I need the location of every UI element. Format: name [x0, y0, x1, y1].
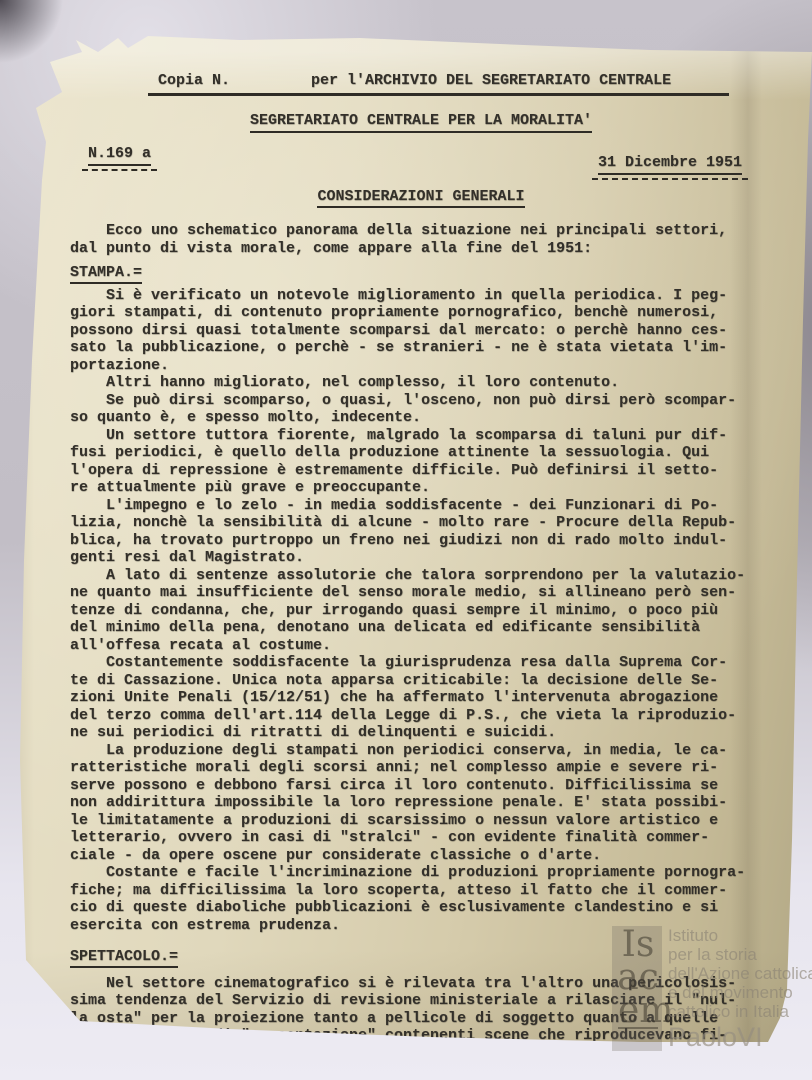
- document-number: N.169 a: [88, 145, 151, 166]
- body-paragraph: Nel settore cinematografico si è rilevat…: [70, 975, 772, 1045]
- body-paragraph: Costantemente soddisfacente la giurispru…: [70, 654, 772, 742]
- body-paragraph: A lato di sentenze assolutorie che talor…: [70, 567, 772, 655]
- photo-background: Copia N. per l'ARCHIVIO DEL SEGRETARIATO…: [0, 0, 812, 1080]
- document-date: 31 Dicembre 1951: [598, 154, 742, 175]
- document-page: Copia N. per l'ARCHIVIO DEL SEGRETARIATO…: [0, 0, 812, 1080]
- body-paragraph: Si è verificato un notevole migliorament…: [70, 287, 772, 375]
- body-paragraph: L'impegno e lo zelo - in media soddisfac…: [70, 497, 772, 567]
- organization-header: SEGRETARIATO CENTRALE PER LA MORALITA': [250, 112, 592, 134]
- intro-paragraph: Ecco uno schematico panorama della situa…: [70, 222, 772, 257]
- body-paragraph: La produzione degli stampati non periodi…: [70, 742, 772, 865]
- number-date-row: N.169 a 31 Dicembre 1951: [70, 145, 772, 166]
- body-paragraph: Altri hanno migliorato, nel complesso, i…: [70, 374, 772, 392]
- typewritten-text: Copia N. per l'ARCHIVIO DEL SEGRETARIATO…: [70, 72, 772, 1045]
- copy-header-line: Copia N. per l'ARCHIVIO DEL SEGRETARIATO…: [148, 72, 729, 96]
- page-title: CONSIDERAZIONI GENERALI: [317, 188, 524, 209]
- section-heading-stampa: STAMPA.=: [70, 264, 142, 284]
- section-heading-spettacolo: SPETTACOLO.=: [70, 948, 178, 968]
- body-paragraph: Costante e facile l'incriminazione di pr…: [70, 864, 772, 934]
- body-paragraph: Un settore tuttora fiorente, malgrado la…: [70, 427, 772, 497]
- body-paragraph: Se può dirsi scomparso, o quasi, l'oscen…: [70, 392, 772, 427]
